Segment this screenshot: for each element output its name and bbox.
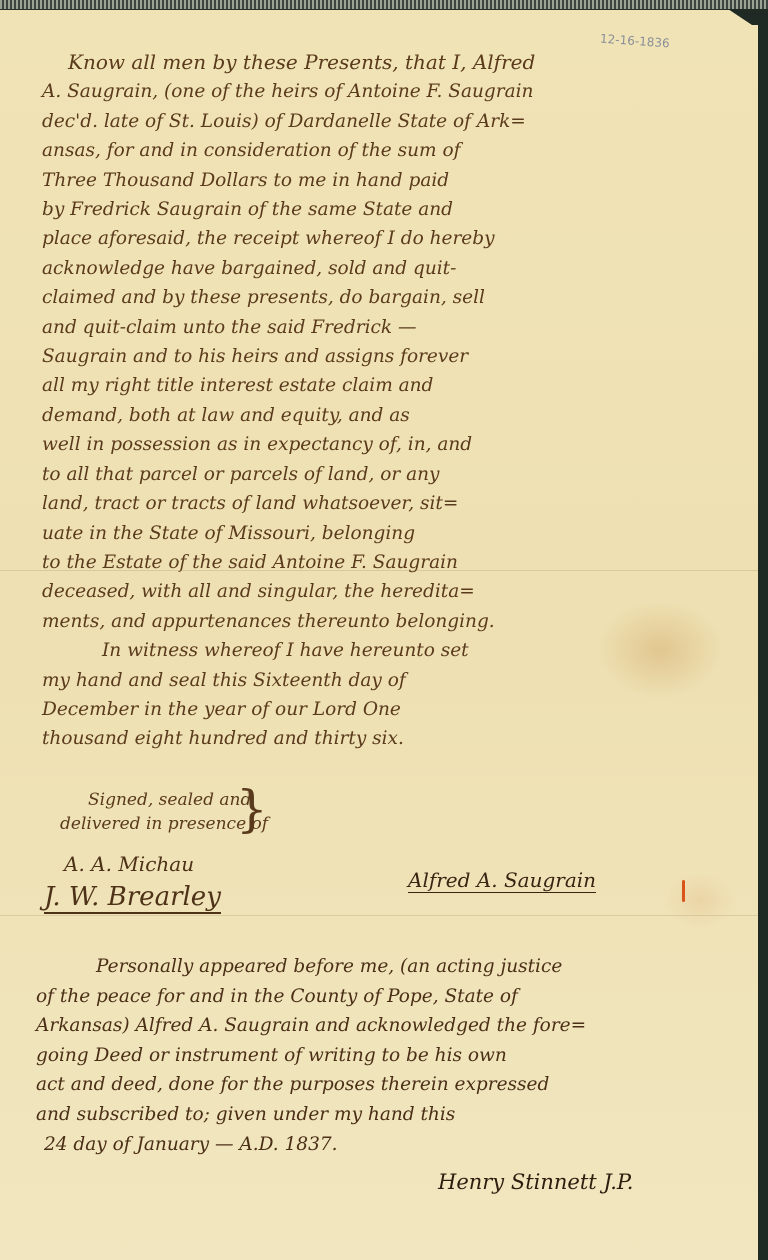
deed-line: and quit-claim unto the said Fredrick — bbox=[42, 313, 742, 342]
scan-background-edge bbox=[758, 9, 768, 1260]
deed-line: land, tract or tracts of land whatsoever… bbox=[42, 489, 742, 518]
deed-line: place aforesaid, the receipt whereof I d… bbox=[42, 224, 742, 253]
acknowledgment-line: and subscribed to; given under my hand t… bbox=[36, 1100, 736, 1130]
deed-line: deceased, with all and singular, the her… bbox=[42, 577, 742, 606]
deed-line: dec'd. late of St. Louis) of Dardanelle … bbox=[42, 107, 742, 136]
acknowledgment-line: going Deed or instrument of writing to b… bbox=[36, 1041, 736, 1071]
grantor-signature: Alfred A. Saugrain bbox=[408, 868, 596, 893]
deed-line: demand, both at law and equity, and as bbox=[42, 401, 742, 430]
deed-line: well in possession as in expectancy of, … bbox=[42, 430, 742, 459]
acknowledgment-line: Personally appeared before me, (an actin… bbox=[36, 952, 736, 982]
acknowledgment-line: Arkansas) Alfred A. Saugrain and acknowl… bbox=[36, 1011, 736, 1041]
fold-line bbox=[0, 915, 758, 916]
scanner-ruler bbox=[0, 0, 768, 10]
deed-line: to the Estate of the said Antoine F. Sau… bbox=[42, 548, 742, 577]
witness-signature: A. A. Michau bbox=[64, 852, 194, 876]
attestation-brace: } bbox=[236, 784, 268, 834]
testimonium-line: December in the year of our Lord One bbox=[42, 695, 742, 724]
deed-body: Know all men by these Presents, that I, … bbox=[62, 48, 742, 754]
deed-line: ments, and appurtenances thereunto belon… bbox=[42, 607, 742, 636]
deed-line: acknowledge have bargained, sold and qui… bbox=[42, 254, 742, 283]
testimonium-line: thousand eight hundred and thirty six. bbox=[42, 724, 742, 753]
acknowledgment-body: Personally appeared before me, (an actin… bbox=[36, 952, 736, 1159]
deed-line: uate in the State of Missouri, belonging bbox=[42, 519, 742, 548]
deed-line: Saugrain and to his heirs and assigns fo… bbox=[42, 342, 742, 371]
deed-line: Know all men by these Presents, that I, … bbox=[62, 48, 742, 77]
deed-line: by Fredrick Saugrain of the same State a… bbox=[42, 195, 742, 224]
acknowledgment-line: act and deed, done for the purposes ther… bbox=[36, 1070, 736, 1100]
deed-line: to all that parcel or parcels of land, o… bbox=[42, 460, 742, 489]
deed-line: Three Thousand Dollars to me in hand pai… bbox=[42, 166, 742, 195]
wax-seal-remnant bbox=[682, 880, 685, 902]
acknowledgment-line: of the peace for and in the County of Po… bbox=[36, 982, 736, 1012]
deed-line: ansas, for and in consideration of the s… bbox=[42, 136, 742, 165]
testimonium-line: my hand and seal this Sixteenth day of bbox=[42, 666, 742, 695]
justice-signature: Henry Stinnett J.P. bbox=[438, 1170, 633, 1194]
testimonium-line: In witness whereof I have hereunto set bbox=[42, 636, 742, 665]
witness-signature: J. W. Brearley bbox=[44, 882, 221, 914]
deed-line: all my right title interest estate claim… bbox=[42, 371, 742, 400]
deed-line: claimed and by these presents, do bargai… bbox=[42, 283, 742, 312]
acknowledgment-line: 24 day of January — A.D. 1837. bbox=[36, 1130, 736, 1160]
deed-line: A. Saugrain, (one of the heirs of Antoin… bbox=[42, 77, 742, 106]
